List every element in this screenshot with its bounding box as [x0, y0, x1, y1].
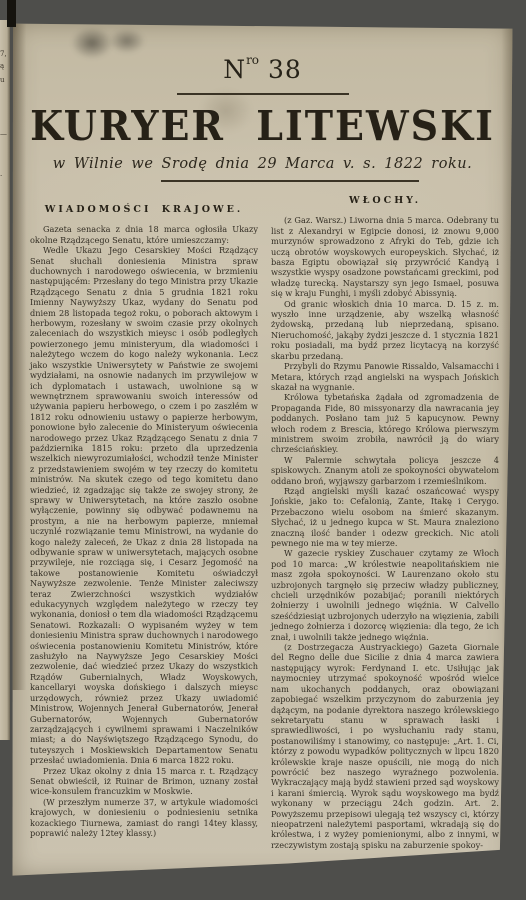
right-column: WŁOCHY. (z Gaz. Warsz.) Liworna dnia 5 m…: [271, 196, 499, 852]
article-paragraph: Rząd angielski myśli kazać oszańcować wy…: [271, 486, 499, 548]
newspaper-title: KURYER LITEWSKI: [11, 101, 514, 150]
binding-tab: [7, 0, 16, 27]
article-paragraph: Przybyli do Rzymu Panowie Rissaldo, Vals…: [271, 361, 499, 392]
article-paragraph: (z Dostrzegacza Austryackiego) Gazeta Gi…: [271, 642, 499, 850]
issue-superscript: ro: [246, 53, 259, 67]
left-column: WIADOMOŚCI KRAJOWE. Gazeta senacka z dni…: [30, 196, 258, 852]
newspaper-page: Nro 38 KURYER LITEWSKI w Wilnie we Srodę…: [11, 21, 514, 879]
edge-text-fragment: u: [0, 76, 5, 84]
section-heading-italy: WŁOCHY.: [271, 196, 499, 206]
section-heading-domestic-news: WIADOMOŚCI KRAJOWE.: [30, 205, 258, 215]
issue-value: 38: [268, 55, 302, 84]
article-paragraph: Wedle Ukazu Jego Cesarskiey Mości Rządzą…: [30, 245, 258, 765]
article-paragraph: W gazecie ryskiey Zuschauer czytamy ze W…: [271, 548, 499, 642]
article-paragraph: Przez Ukaz okolny z dnia 15 marca r. t. …: [30, 766, 258, 797]
adjacent-page-edge: 7, ą u — .: [0, 20, 10, 740]
article-paragraph: W Palermie schwytała policya jeszcze 4 s…: [271, 455, 499, 486]
edge-text-fragment: 7,: [0, 50, 7, 58]
article-paragraph: (W przeszłym numerze 37, w artykule wiad…: [30, 797, 258, 839]
article-paragraph: Królowa tybetańska żądała od zgromadzeni…: [271, 392, 499, 454]
edge-text-fragment: —: [0, 130, 7, 138]
masthead-rule-short: [177, 93, 349, 95]
article-columns: WIADOMOŚCI KRAJOWE. Gazeta senacka z dni…: [11, 182, 514, 852]
edge-text-fragment: ą: [0, 62, 4, 70]
issue-prefix: N: [223, 55, 246, 84]
issue-number: Nro 38: [11, 53, 514, 84]
article-paragraph: Gazeta senacka z dnia 18 marca ogłosiła …: [30, 224, 258, 245]
edge-text-fragment: .: [0, 170, 2, 178]
dateline: w Wilnie we Srodę dnia 29 Marca v. s. 18…: [11, 156, 514, 172]
article-paragraph: (z Gaz. Warsz.) Liworna dnia 5 marca. Od…: [271, 215, 499, 298]
scan-background: 7, ą u — . Nro 38 KURYER LITEWSKI w Wiln…: [0, 0, 526, 900]
masthead: Nro 38 KURYER LITEWSKI w Wilnie we Srodę…: [11, 21, 514, 182]
masthead-rule-long: [161, 180, 419, 182]
article-paragraph: Od granic włoskich dnia 10 marca. D. 15 …: [271, 299, 499, 361]
